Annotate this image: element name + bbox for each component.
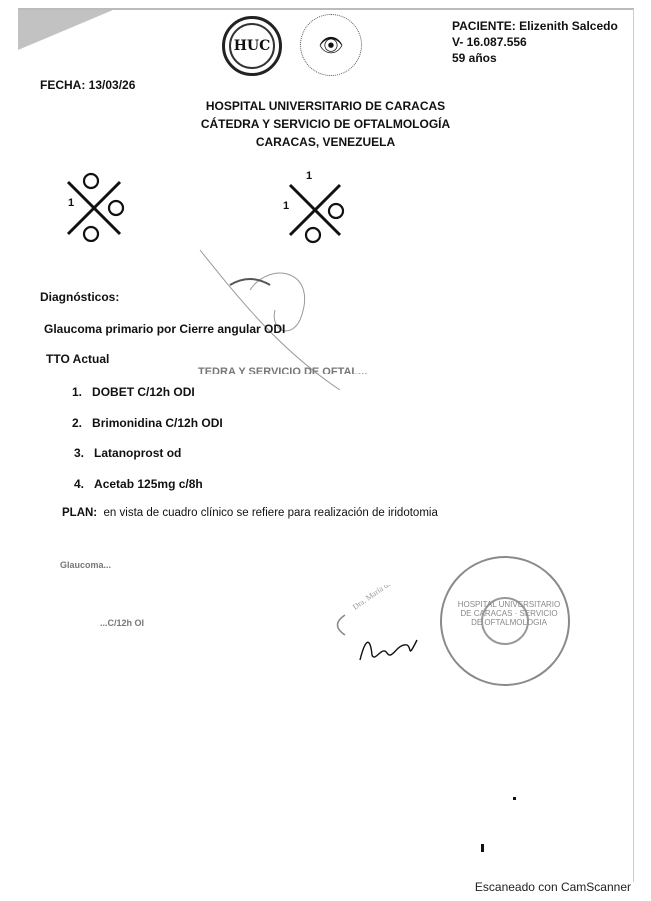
item-text: DOBET C/12h ODI <box>92 385 195 399</box>
patient-info: PACIENTE: Elizenith Salcedo V- 16.087.55… <box>452 18 618 66</box>
camscanner-footer: Escaneado con CamScanner <box>475 880 631 894</box>
item-text: Brimonidina C/12h ODI <box>92 416 223 430</box>
left-diagram-label: 1 <box>68 197 74 209</box>
item-number: 1. <box>72 385 82 399</box>
item-number: 4. <box>74 477 84 491</box>
item-text: Acetab 125mg c/8h <box>94 477 203 491</box>
stamp-text: HOSPITAL UNIVERSITARIO DE CARACAS · SERV… <box>454 600 564 627</box>
hospital-logo-text: HUC <box>229 23 275 69</box>
date: FECHA: 13/03/26 <box>40 78 135 92</box>
ophthalmology-logo-eye-icon: 👁 <box>300 14 362 76</box>
item-number: 2. <box>72 416 82 430</box>
patient-age: 59 años <box>452 50 618 66</box>
diagnosis-heading: Diagnósticos: <box>40 290 119 304</box>
folded-corner <box>18 10 113 50</box>
treatment-heading: TTO Actual <box>46 352 109 366</box>
plan-label: PLAN: <box>62 507 97 519</box>
treatment-item-4: 4. Acetab 125mg c/8h <box>74 477 203 491</box>
speck <box>513 797 516 800</box>
header-line-2: CÁTEDRA Y SERVICIO DE OFTALMOLOGÍA <box>0 115 651 133</box>
doctor-signature: Dra. María de Los Angeles Ojeda <box>325 585 445 675</box>
treatment-item-1: 1. DOBET C/12h ODI <box>72 385 195 399</box>
speck <box>481 844 484 852</box>
patient-name: PACIENTE: Elizenith Salcedo <box>452 18 618 34</box>
item-number: 3. <box>74 446 84 460</box>
plan-text: en vista de cuadro clínico se refiere pa… <box>104 507 438 519</box>
header-line-3: CARACAS, VENEZUELA <box>0 133 651 151</box>
header-line-1: HOSPITAL UNIVERSITARIO DE CARACAS <box>0 97 651 115</box>
svg-text:Dra. María de Los Angeles Ojed: Dra. María de Los Angeles Ojeda <box>351 585 445 612</box>
plan-line: PLAN: en vista de cuadro clínico se refi… <box>62 507 438 519</box>
right-diagram-left-label: 1 <box>283 200 289 212</box>
hospital-logo: HUC <box>222 16 282 76</box>
faint-signature <box>180 240 360 400</box>
item-text: Latanoprost od <box>94 446 181 460</box>
right-diagram-top-label: 1 <box>306 170 312 182</box>
treatment-item-2: 2. Brimonidina C/12h ODI <box>72 416 223 430</box>
hospital-header: HOSPITAL UNIVERSITARIO DE CARACAS CÁTEDR… <box>0 97 651 151</box>
treatment-item-3: 3. Latanoprost od <box>74 446 181 460</box>
ghost-text-lower-2: ...C/12h OI <box>100 618 144 628</box>
ghost-text-lower-1: Glaucoma... <box>60 560 111 570</box>
ghost-text-mid: TEDRA Y SERVICIO DE OFTAL... <box>198 366 367 374</box>
patient-id: V- 16.087.556 <box>452 34 618 50</box>
diagnosis-text: Glaucoma primario por Cierre angular ODI <box>44 322 285 336</box>
